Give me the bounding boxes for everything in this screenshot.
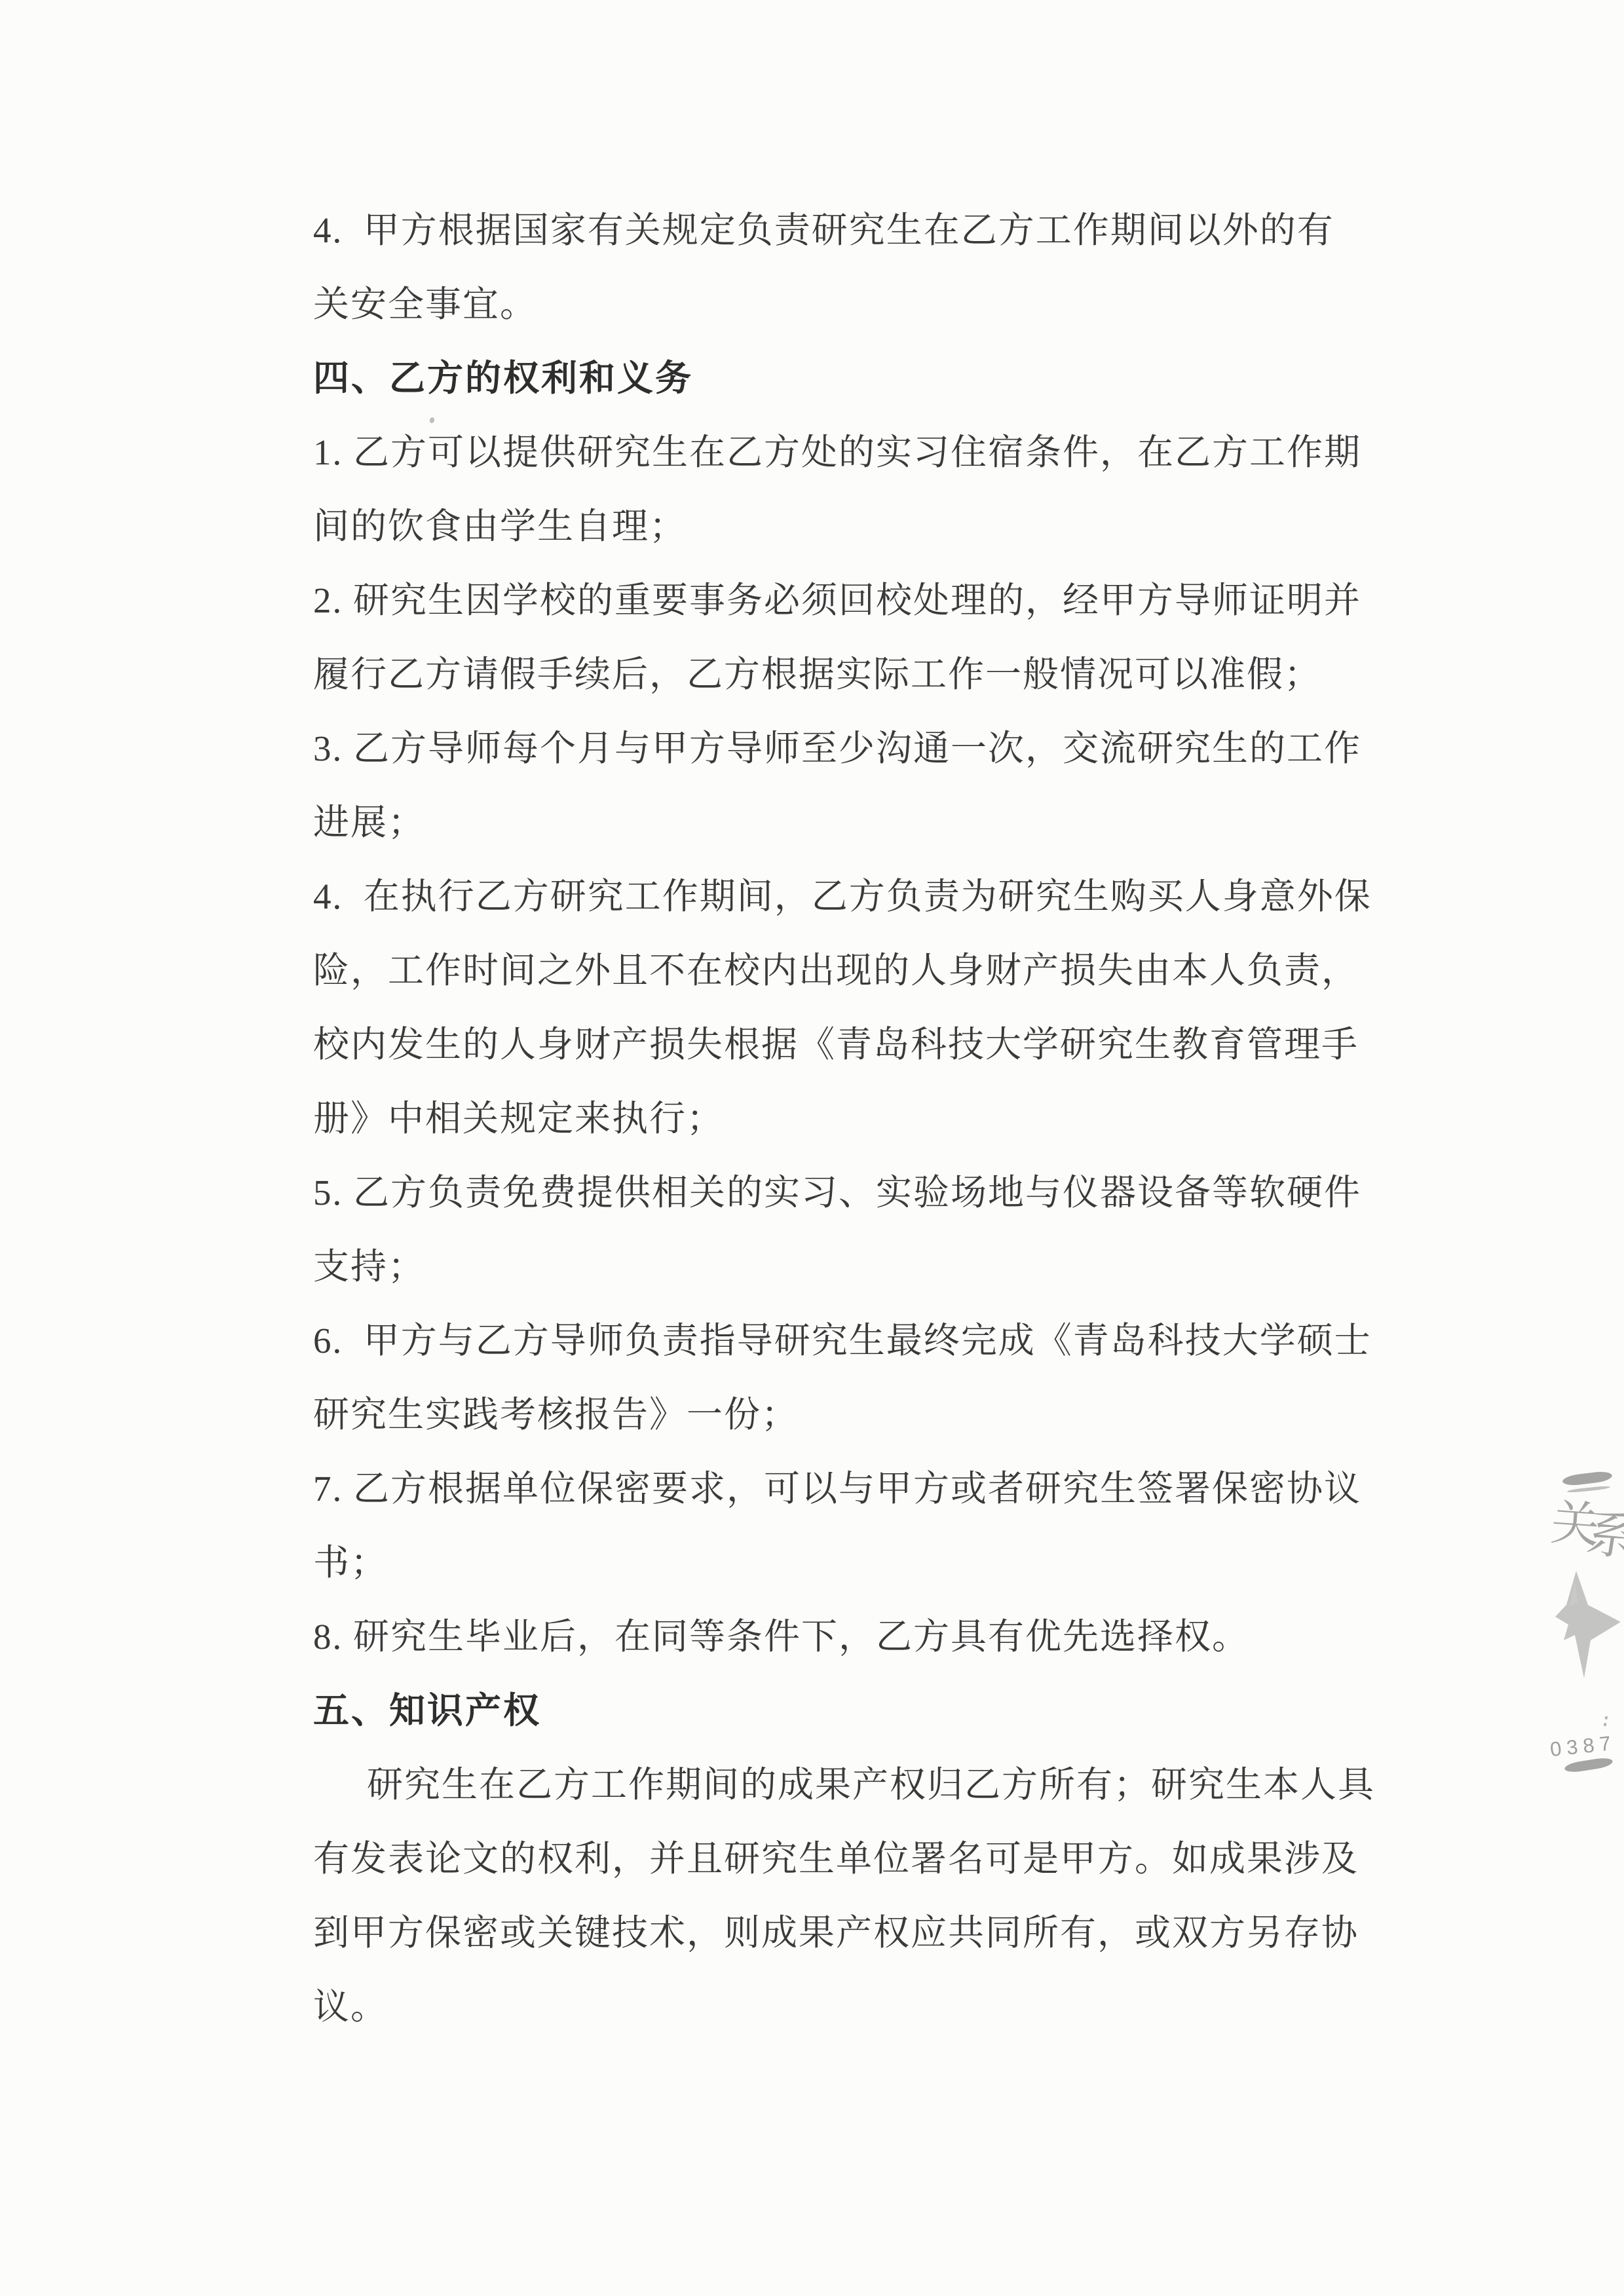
text-line: 6. 甲方与乙方导师负责指导研究生最终完成《青岛科技大学硕士 bbox=[313, 1304, 1414, 1378]
text-line: 支持； bbox=[313, 1230, 1414, 1304]
text-line: 册》中相关规定来执行； bbox=[313, 1082, 1414, 1156]
text-line: 研究生在乙方工作期间的成果产权归乙方所有；研究生本人具 bbox=[313, 1748, 1414, 1822]
stamp-serial-number: 0387 bbox=[1549, 1731, 1617, 1761]
text-line: 4. 甲方根据国家有关规定负责研究生在乙方工作期间以外的有 bbox=[313, 193, 1414, 267]
text-line: 8. 研究生毕业后，在同等条件下，乙方具有优先选择权。 bbox=[313, 1600, 1414, 1674]
text-line: 书； bbox=[313, 1526, 1414, 1600]
contract-text-block: 4. 甲方根据国家有关规定负责研究生在乙方工作期间以外的有 关安全事宜。 四、乙… bbox=[313, 193, 1414, 2044]
scanned-contract-page: 4. 甲方根据国家有关规定负责研究生在乙方工作期间以外的有 关安全事宜。 四、乙… bbox=[0, 0, 1624, 2296]
text-line: 到甲方保密或关键技术，则成果产权应共同所有，或双方另存协 bbox=[313, 1896, 1414, 1970]
text-line: 1. 乙方可以提供研究生在乙方处的实习住宿条件，在乙方工作期 bbox=[313, 415, 1414, 489]
text-line: 履行乙方请假手续后，乙方根据实际工作一般情况可以准假； bbox=[313, 637, 1414, 711]
text-line: 险，工作时间之外且不在校内出现的人身财产损失由本人负责， bbox=[313, 933, 1414, 1007]
text-line: 间的饮食由学生自理； bbox=[313, 489, 1414, 563]
stamp-star-icon bbox=[1553, 1567, 1624, 1682]
text-line: 进展； bbox=[313, 785, 1414, 859]
section-heading-party-b-rights: 四、乙方的权利和义务 bbox=[313, 341, 1414, 415]
text-line: 研究生实践考核报告》一份； bbox=[313, 1378, 1414, 1452]
text-line: 5. 乙方负责免费提供相关的实习、实验场地与仪器设备等软硬件 bbox=[313, 1156, 1414, 1230]
text-line: 4. 在执行乙方研究工作期间，乙方负责为研究生购买人身意外保 bbox=[313, 859, 1414, 933]
text-line: 2. 研究生因学校的重要事务必须回校处理的，经甲方导师证明并 bbox=[313, 563, 1414, 637]
text-line: 议。 bbox=[313, 1970, 1414, 2044]
text-line: 3. 乙方导师每个月与甲方导师至少沟通一次，交流研究生的工作 bbox=[313, 711, 1414, 785]
stamp-dots-mark: ∶ bbox=[1598, 1709, 1614, 1734]
section-heading-intellectual-property: 五、知识产权 bbox=[313, 1674, 1414, 1748]
text-line: 有发表论文的权利，并且研究生单位署名可是甲方。如成果涉及 bbox=[313, 1822, 1414, 1896]
text-line: 关安全事宜。 bbox=[313, 267, 1414, 341]
text-line: 7. 乙方根据单位保密要求，可以与甲方或者研究生签署保密协议 bbox=[313, 1452, 1414, 1526]
stamp-arc-top-icon bbox=[1562, 1470, 1612, 1486]
text-line: 校内发生的人身财产损失根据《青岛科技大学研究生教育管理手 bbox=[313, 1007, 1414, 1082]
